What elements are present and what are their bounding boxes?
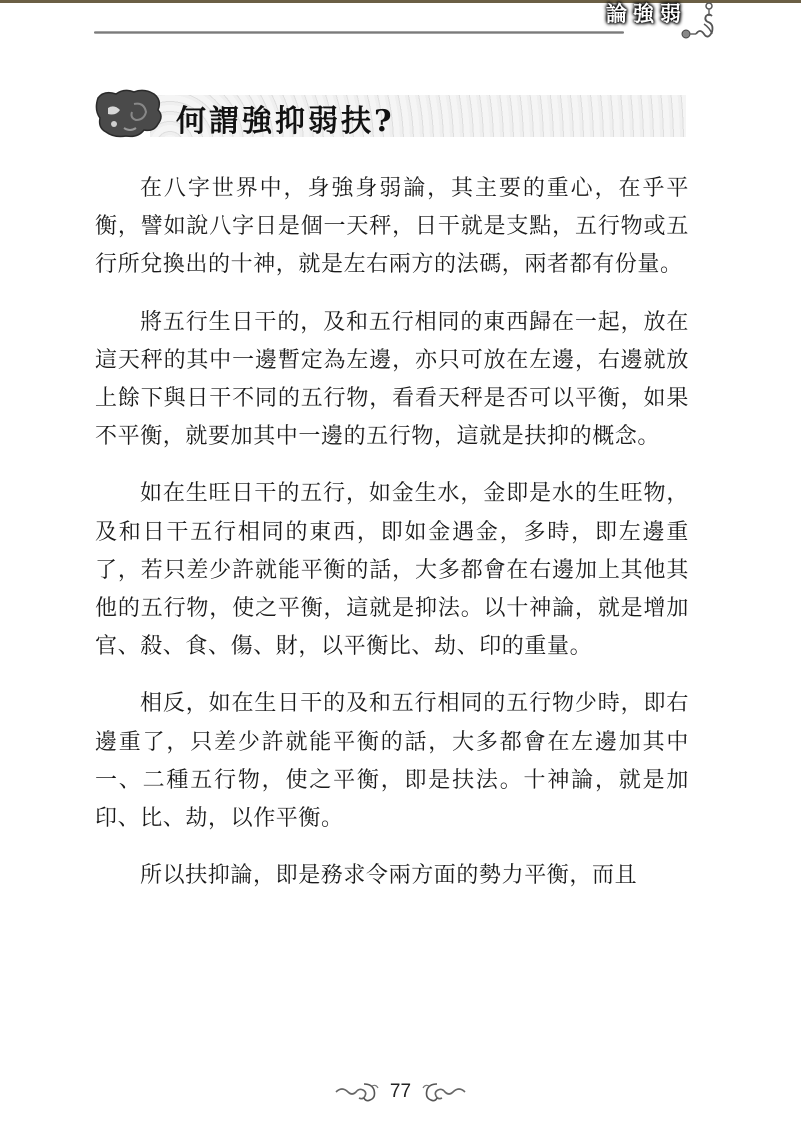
paragraph: 將五行生日干的，及和五行相同的東西歸在一起，放在這天秤的其中一邊暫定為左邊，亦只…	[95, 304, 689, 457]
left-scroll-ornament-icon	[334, 1080, 382, 1104]
running-header-char: 強	[633, 0, 654, 28]
dragon-emblem-icon	[94, 88, 164, 143]
page-number: 77	[390, 1081, 411, 1103]
paragraph: 所以扶抑論，即是務求令兩方面的勢力平衡，而且	[95, 857, 689, 895]
right-scroll-ornament-icon	[419, 1080, 467, 1104]
section-title: 何謂強抑弱扶?	[176, 96, 395, 140]
body-text: 在八字世界中，身強身弱論，其主要的重心，在乎平衡，譬如說八字日是個一天秤，日干就…	[95, 170, 689, 914]
paragraph: 如在生旺日干的五行，如金生水，金即是水的生旺物，及和日干五行相同的東西，即如金遇…	[95, 475, 689, 666]
section-title-banner: 何謂強抑弱扶?	[94, 88, 686, 140]
header-rule	[94, 31, 624, 34]
paragraph: 相反，如在生日干的及和五行相同的五行物少時，即右邊重了，只差少許就能平衡的話，大…	[95, 685, 689, 838]
running-header-char: 論	[606, 0, 627, 28]
scroll-ornament-icon	[660, 2, 720, 46]
paragraph: 在八字世界中，身強身弱論，其主要的重心，在乎平衡，譬如說八字日是個一天秤，日干就…	[95, 170, 689, 285]
page-footer: 77	[0, 1080, 801, 1104]
